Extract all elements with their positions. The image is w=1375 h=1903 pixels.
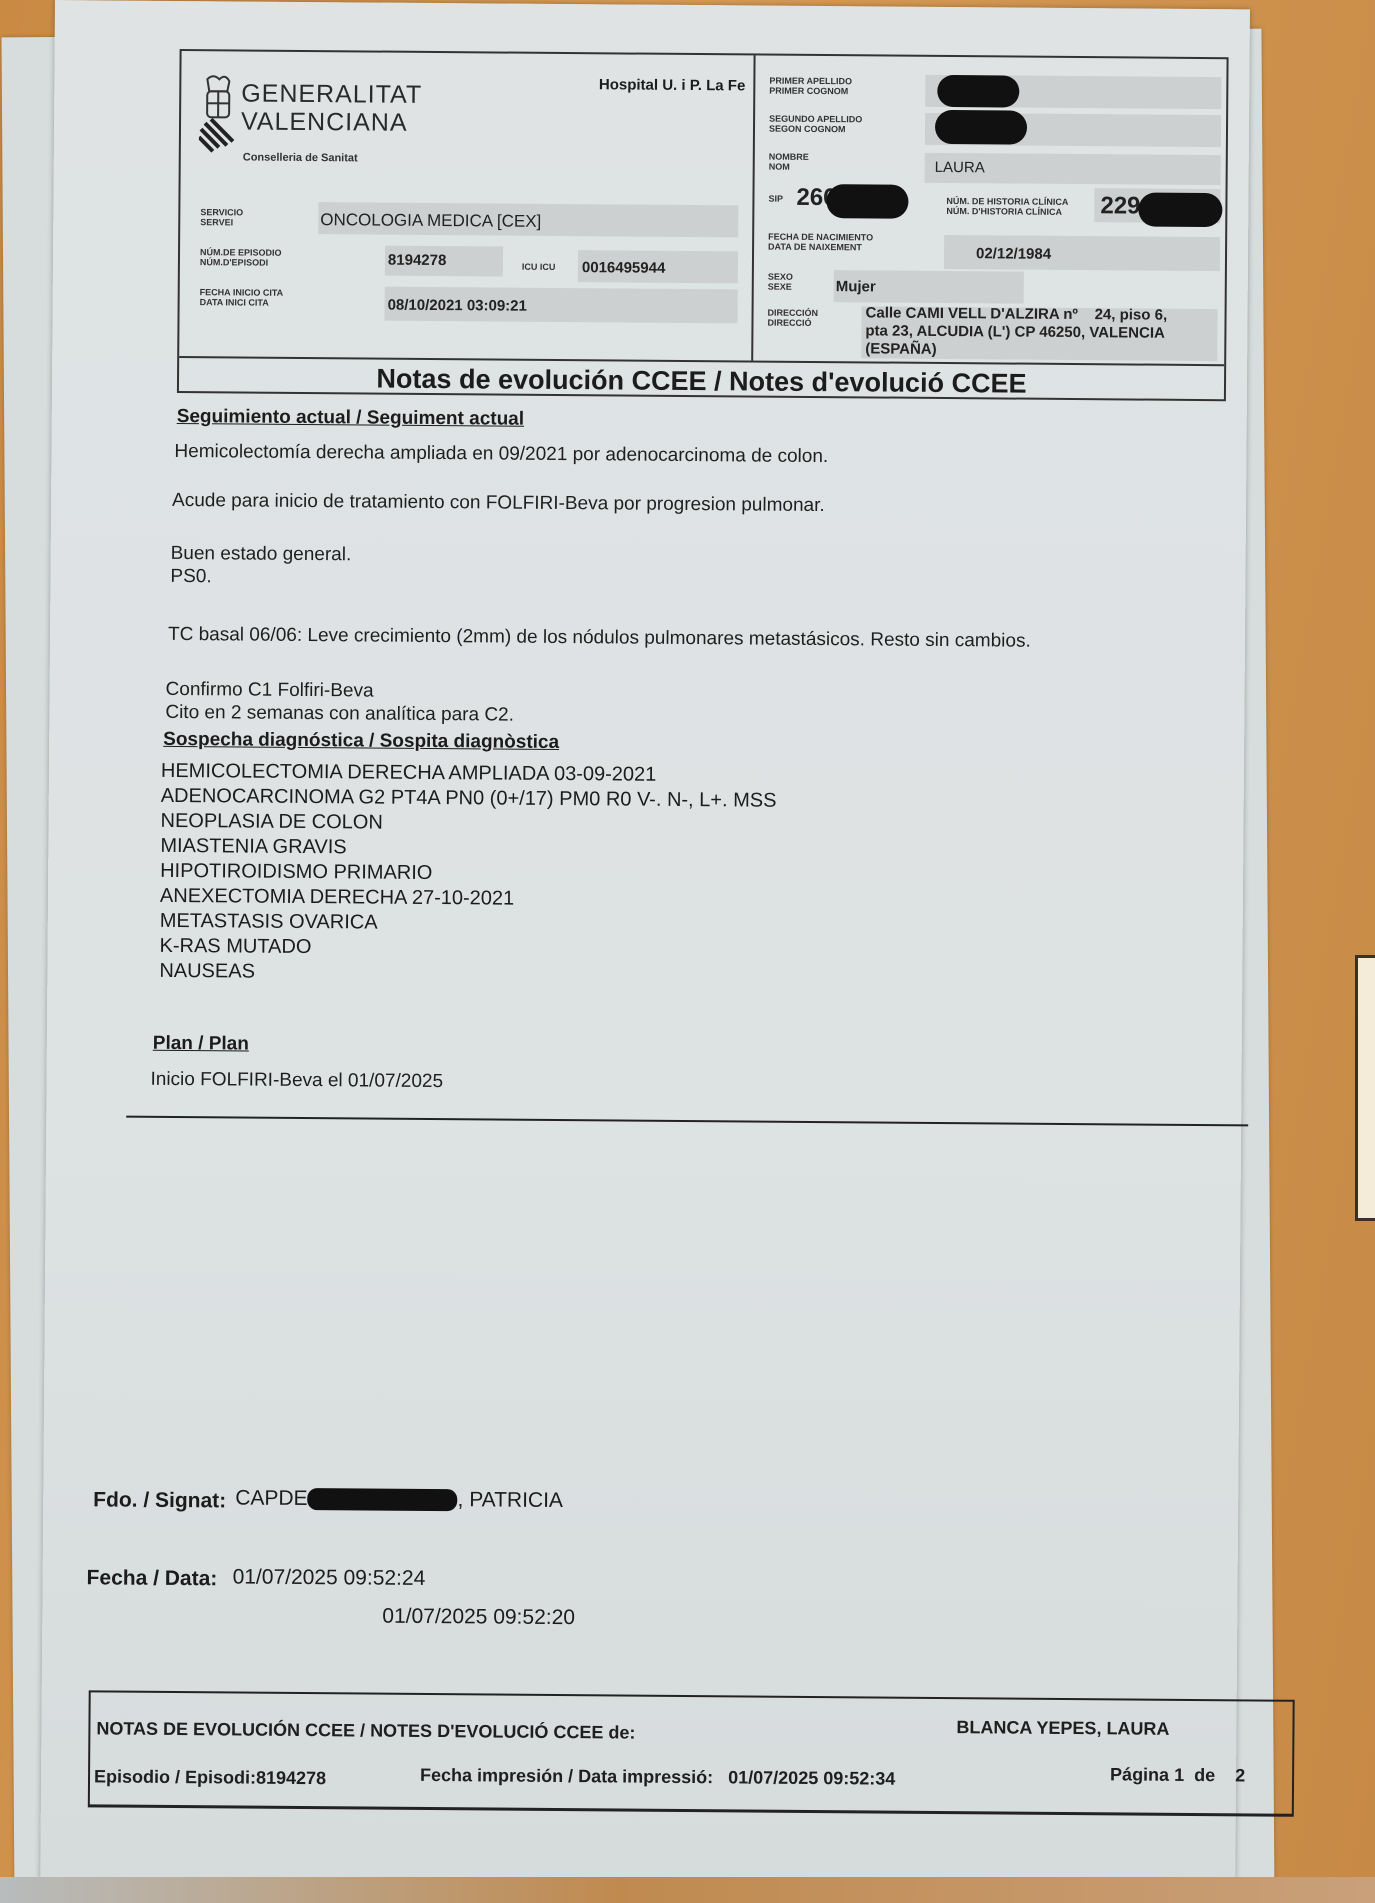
signature-date-label: Fecha / Data: <box>87 1566 218 1591</box>
section-title-follow-up: Seguimiento actual / Seguiment actual <box>177 406 525 431</box>
page-footer: NOTAS DE EVOLUCIÓN CCEE / NOTES D'EVOLUC… <box>88 1690 1295 1816</box>
hospital-name: Hospital U. i P. La Fe <box>599 76 746 94</box>
patient-header: GENERALITAT VALENCIANA Conselleria de Sa… <box>177 49 1229 401</box>
org-name-line2: VALENCIANA <box>241 107 408 137</box>
signature-date-value-2: 01/07/2025 09:52:20 <box>382 1605 575 1631</box>
address-line1: Calle CAMI VELL D'ALZIRA nº 24, piso 6, <box>866 304 1168 323</box>
diagnosis-item: NAUSEAS <box>159 959 775 989</box>
document-title: Notas de evolución CCEE / Notes d'evoluc… <box>179 356 1224 401</box>
second-surname-label: SEGUNDO APELLIDO SEGON COGNOM <box>769 114 862 135</box>
footer-print-value: 01/07/2025 09:52:34 <box>728 1767 895 1788</box>
page-total: 2 <box>1235 1765 1245 1785</box>
clinical-history-label: NÚM. DE HISTORIA CLÍNICA NÚM. D'HISTORIA… <box>946 196 1068 217</box>
footer-episode-value: 8194278 <box>256 1768 326 1789</box>
footer-episode: Episodio / Episodi:8194278 <box>94 1766 326 1789</box>
birth-date-value: 02/12/1984 <box>976 245 1051 263</box>
note-line: Buen estado general. <box>171 543 352 566</box>
note-line: Cito en 2 semanas con analítica para C2. <box>165 702 514 727</box>
org-department: Conselleria de Sanitat <box>243 151 358 164</box>
episode-value: 8194278 <box>388 252 447 269</box>
address-line3: (ESPAÑA) <box>865 340 937 358</box>
sip-label: SIP <box>768 194 783 204</box>
icu-label: ICU ICU <box>522 262 556 272</box>
footer-document-label: NOTAS DE EVOLUCIÓN CCEE / NOTES D'EVOLUC… <box>96 1718 635 1743</box>
clinical-history-value: 229 <box>1100 192 1140 220</box>
org-name-line1: GENERALITAT <box>241 79 422 109</box>
note-line: PS0. <box>170 566 211 588</box>
header-left-panel: GENERALITAT VALENCIANA Conselleria de Sa… <box>179 51 755 360</box>
table-surface <box>0 1877 1375 1903</box>
coat-of-arms-icon <box>199 73 236 163</box>
footer-episode-label: Episodio / Episodi: <box>94 1766 256 1787</box>
note-line: TC basal 06/06: Leve crecimiento (2mm) d… <box>168 624 1031 653</box>
first-name-label: NOMBRE NOM <box>769 152 809 172</box>
service-value: ONCOLOGIA MEDICA [CEX] <box>320 210 541 232</box>
note-line: Hemicolectomía derecha ampliada en 09/20… <box>174 441 828 468</box>
sex-value: Mujer <box>836 278 876 295</box>
section-divider <box>126 1116 1248 1127</box>
first-name-value: LAURA <box>935 159 985 176</box>
birth-date-label: FECHA DE NACIMIENTO DATA DE NAIXEMENT <box>768 232 873 253</box>
redaction-clinical-history <box>1138 193 1222 228</box>
page-current: 1 <box>1174 1765 1184 1785</box>
icu-value: 0016495944 <box>582 259 666 277</box>
diagnosis-list: HEMICOLECTOMIA DERECHA AMPLIADA 03-09-20… <box>159 759 776 989</box>
section-title-diagnosis: Sospecha diagnóstica / Sospita diagnòsti… <box>163 729 559 754</box>
sex-label: SEXO SEXE <box>768 272 793 292</box>
section-title-plan: Plan / Plan <box>153 1033 249 1056</box>
redaction-second-surname <box>935 110 1027 145</box>
generalitat-logo: GENERALITAT VALENCIANA Conselleria de Sa… <box>199 73 500 165</box>
address-line2: pta 23, ALCUDIA (L') CP 46250, VALENCIA <box>865 322 1165 341</box>
signer-name-prefix: CAPDE <box>235 1486 308 1510</box>
episode-label: NÚM.DE EPISODIO NÚM.D'EPISODI <box>200 247 282 268</box>
signed-by-label: Fdo. / Signat: <box>93 1488 226 1513</box>
adjacent-paper-edge <box>1355 955 1375 1221</box>
appointment-date-value: 08/10/2021 03:09:21 <box>388 297 527 315</box>
footer-page-number: Página 1 de 2 <box>1110 1764 1245 1786</box>
signature-date-value: 01/07/2025 09:52:24 <box>233 1565 426 1591</box>
note-line: Confirmo C1 Folfiri-Beva <box>165 679 373 703</box>
signed-by-value: CAPDE, PATRICIA <box>235 1486 563 1513</box>
page-label: Página <box>1110 1764 1169 1784</box>
plan-text: Inicio FOLFIRI-Beva el 01/07/2025 <box>150 1069 443 1093</box>
document-page: GENERALITAT VALENCIANA Conselleria de Sa… <box>40 0 1250 1889</box>
appointment-date-label: FECHA INICIO CITA DATA INICI CITA <box>200 287 284 308</box>
redaction-sip <box>826 184 908 219</box>
footer-print-date: Fecha impresión / Data impressió: 01/07/… <box>420 1765 895 1790</box>
redaction-first-surname <box>937 75 1019 108</box>
footer-print-label: Fecha impresión / Data impressió: <box>420 1765 713 1787</box>
page-of: de <box>1194 1765 1215 1785</box>
address-label: DIRECCIÓN DIRECCIÓ <box>767 308 818 328</box>
service-label: SERVICIO SERVEI <box>200 207 243 227</box>
signer-name-suffix: , PATRICIA <box>458 1488 564 1512</box>
header-right-panel: PRIMER APELLIDO PRIMER COGNOM SEGUNDO AP… <box>753 56 1226 365</box>
redaction-signer <box>308 1488 458 1511</box>
first-surname-label: PRIMER APELLIDO PRIMER COGNOM <box>769 76 852 97</box>
note-line: Acude para inicio de tratamiento con FOL… <box>172 490 825 517</box>
footer-patient-name: BLANCA YEPES, LAURA <box>956 1717 1169 1740</box>
